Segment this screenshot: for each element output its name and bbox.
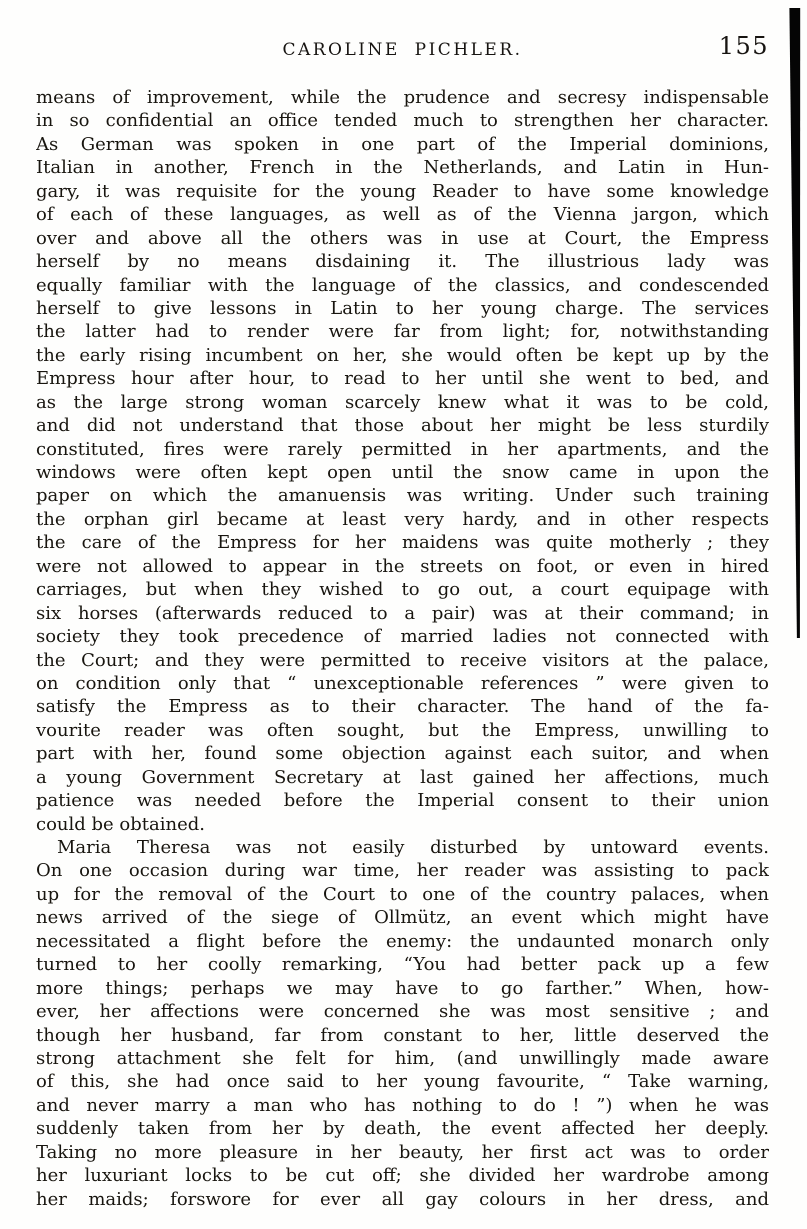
text-line: herself by no means disdaining it. The i… [36, 250, 769, 273]
text-line: her maids; forswore for ever all gay col… [36, 1188, 769, 1211]
text-line: of this, she had once said to her young … [36, 1070, 769, 1093]
text-line: as the large strong woman scarcely knew … [36, 391, 769, 414]
text-line: on condition only that “ unexceptionable… [36, 672, 769, 695]
text-line: herself to give lessons in Latin to her … [36, 297, 769, 320]
page-body: means of improvement, while the prudence… [36, 86, 769, 1211]
text-line: windows were often kept open until the s… [36, 461, 769, 484]
scan-artifact-bar [787, 8, 802, 638]
text-line: more things; perhaps we may have to go f… [36, 977, 769, 1000]
text-line: constituted, fires were rarely permitted… [36, 438, 769, 461]
text-line: the Court; and they were permitted to re… [36, 649, 769, 672]
text-line: suddenly taken from her by death, the ev… [36, 1117, 769, 1140]
text-line: ever, her affections were concerned she … [36, 1000, 769, 1023]
text-line: carriages, but when they wished to go ou… [36, 578, 769, 601]
text-line: Italian in another, French in the Nether… [36, 156, 769, 179]
text-line: society they took precedence of married … [36, 625, 769, 648]
text-line: though her husband, far from constant to… [36, 1024, 769, 1047]
text-line: On one occasion during war time, her rea… [36, 859, 769, 882]
text-line: over and above all the others was in use… [36, 227, 769, 250]
text-line: satisfy the Empress as to their characte… [36, 695, 769, 718]
text-line: were not allowed to appear in the street… [36, 555, 769, 578]
text-line: the early rising incumbent on her, she w… [36, 344, 769, 367]
running-title: CAROLINE PICHLER. [36, 40, 769, 60]
text-line: paper on which the amanuensis was writin… [36, 484, 769, 507]
text-line: gary, it was requisite for the young Rea… [36, 180, 769, 203]
text-line: the orphan girl became at least very har… [36, 508, 769, 531]
text-line: of each of these languages, as well as o… [36, 203, 769, 226]
text-line: a young Government Secretary at last gai… [36, 766, 769, 789]
page-header: CAROLINE PICHLER. 155 [36, 34, 769, 68]
text-line: up for the removal of the Court to one o… [36, 883, 769, 906]
text-line: news arrived of the siege of Ollmütz, an… [36, 906, 769, 929]
text-line: Empress hour after hour, to read to her … [36, 367, 769, 390]
text-line: part with her, found some objection agai… [36, 742, 769, 765]
text-line: six horses (afterwards reduced to a pair… [36, 602, 769, 625]
text-line: patience was needed before the Imperial … [36, 789, 769, 812]
text-line: turned to her coolly remarking, “You had… [36, 953, 769, 976]
text-line: and did not understand that those about … [36, 414, 769, 437]
book-page: CAROLINE PICHLER. 155 means of improveme… [0, 0, 807, 1229]
text-line: necessitated a flight before the enemy: … [36, 930, 769, 953]
text-line: could be obtained. [36, 813, 769, 836]
text-line: As German was spoken in one part of the … [36, 133, 769, 156]
text-line: and never marry a man who has nothing to… [36, 1094, 769, 1117]
text-line: Taking no more pleasure in her beauty, h… [36, 1141, 769, 1164]
text-line: vourite reader was often sought, but the… [36, 719, 769, 742]
text-line: Maria Theresa was not easily disturbed b… [36, 836, 769, 859]
text-line: strong attachment she felt for him, (and… [36, 1047, 769, 1070]
text-line: equally familiar with the language of th… [36, 274, 769, 297]
text-line: in so confidential an office tended much… [36, 109, 769, 132]
text-line: means of improvement, while the prudence… [36, 86, 769, 109]
text-line: the care of the Empress for her maidens … [36, 531, 769, 554]
text-line: the latter had to render were far from l… [36, 320, 769, 343]
page-number: 155 [719, 32, 769, 60]
text-line: her luxuriant locks to be cut off; she d… [36, 1164, 769, 1187]
